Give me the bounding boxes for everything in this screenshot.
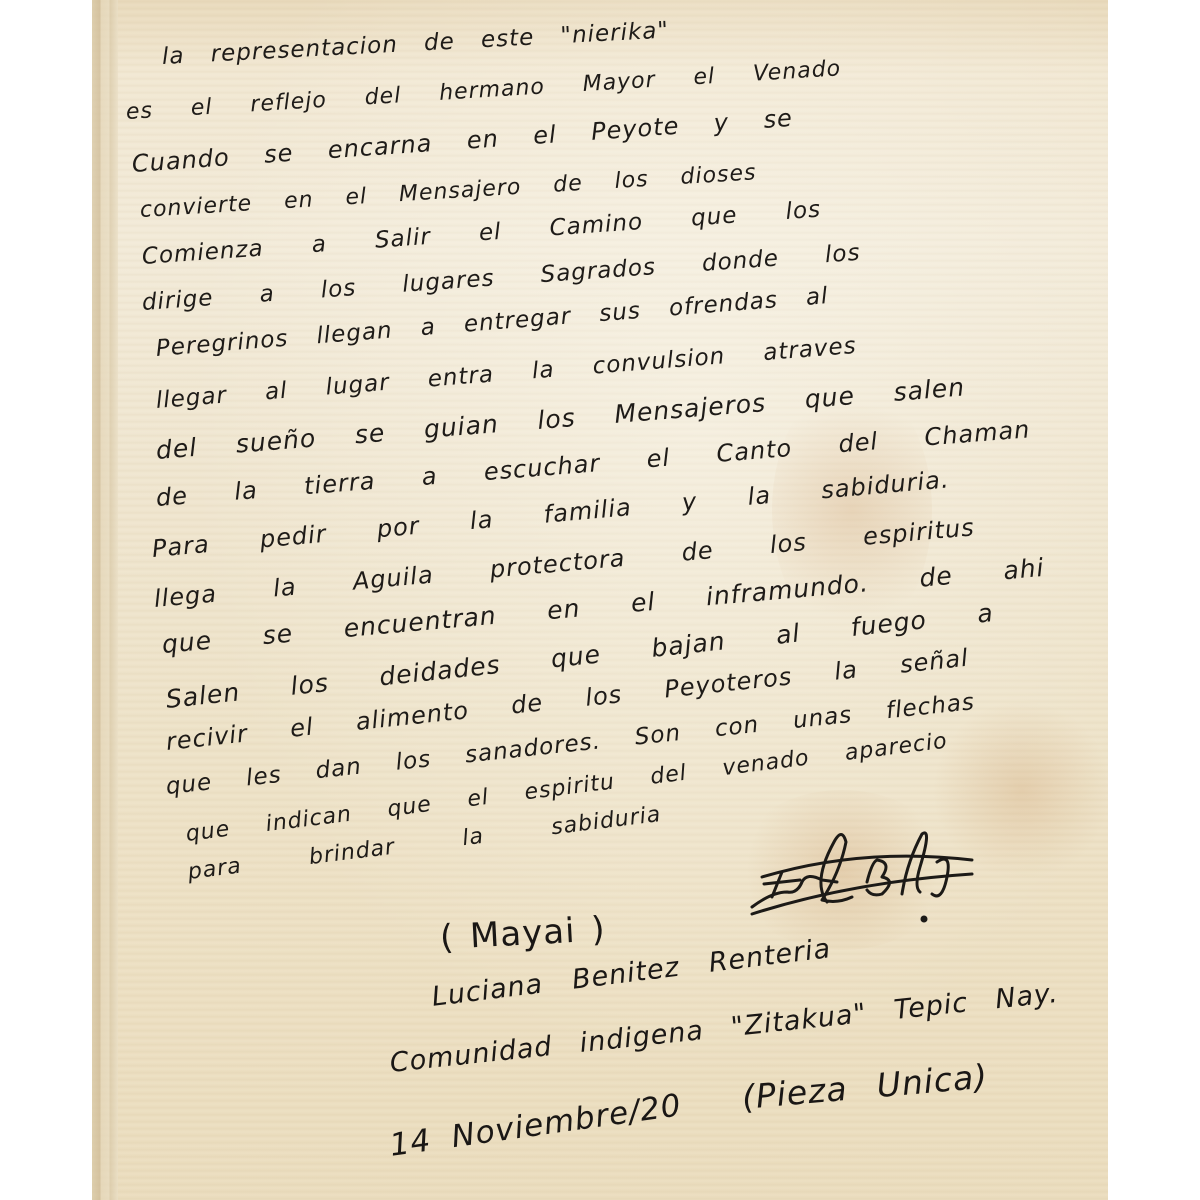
plywood-board: la representacion de este "nierika" es e…: [92, 0, 1108, 1200]
photo-stage: la representacion de este "nierika" es e…: [0, 0, 1200, 1200]
plywood-edge: [92, 0, 118, 1200]
text-line-1: la representacion de este "nierika": [161, 17, 669, 70]
signature-icon: [742, 822, 982, 932]
